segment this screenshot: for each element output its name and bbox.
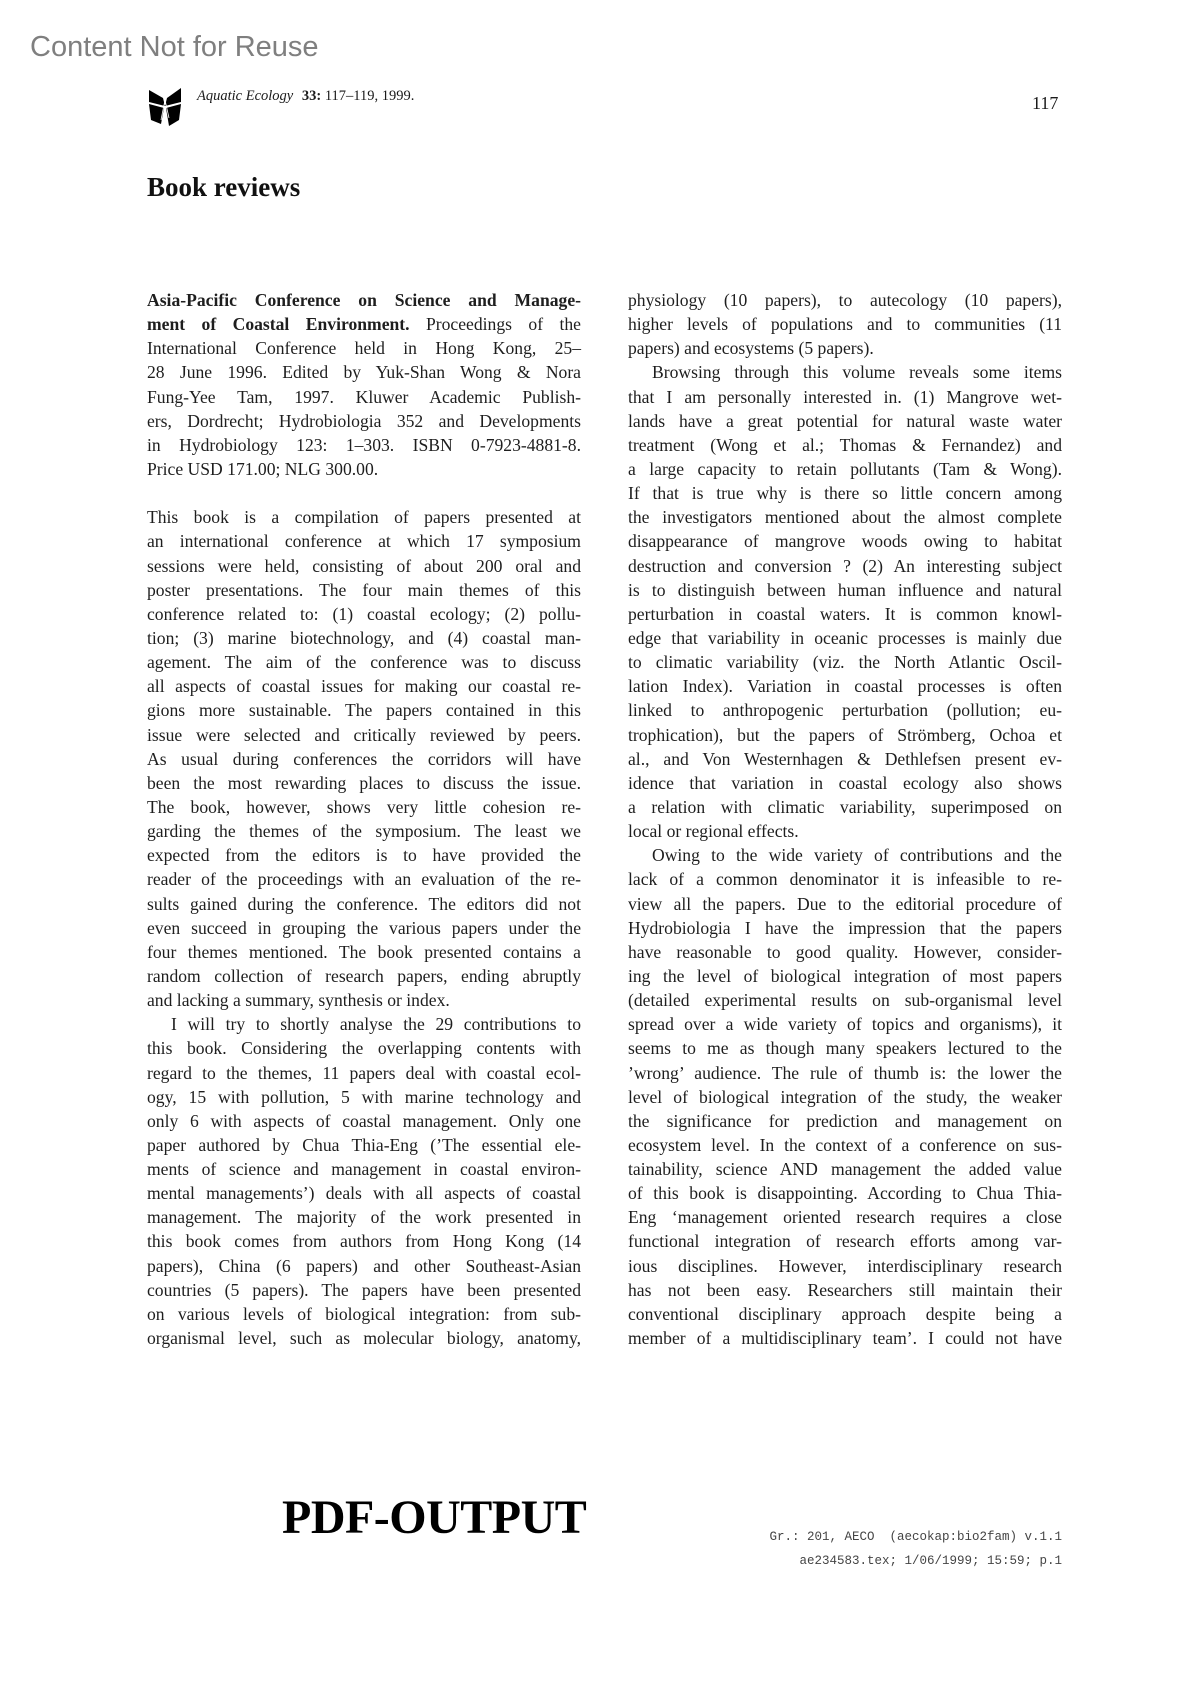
text-line: physiology (10 papers), to autecology (1… [628, 288, 1062, 312]
text-line: has not been easy. Researchers still mai… [628, 1278, 1062, 1302]
text-line: on various levels of biological integrat… [147, 1302, 581, 1326]
text-line: lands have a great potential for natural… [628, 409, 1062, 433]
line-text: Hydrobiologia I have the impression that… [628, 918, 1062, 938]
text-line: garding the themes of the symposium. The… [147, 819, 581, 843]
line-text: ing the level of biological integration … [628, 966, 1062, 986]
text-line: to climatic variability (viz. the North … [628, 650, 1062, 674]
line-text: on various levels of biological integrat… [147, 1304, 581, 1324]
line-text: a large capacity to retain pollutants (T… [628, 459, 1062, 479]
text-line: treatment (Wong et al.; Thomas & Fernand… [628, 433, 1062, 457]
page-number: 117 [1032, 93, 1058, 114]
line-text: conference related to: (1) coastal ecolo… [147, 604, 581, 624]
line-text: sessions were held, consisting of about … [147, 556, 581, 576]
line-text: Proceedings of the [410, 314, 581, 334]
text-line: sults gained during the conference. The … [147, 892, 581, 916]
line-text: of this book is disappointing. According… [628, 1183, 1062, 1203]
line-text: ers, Dordrecht; Hydrobiologia 352 and De… [147, 411, 581, 431]
line-text: tion; (3) marine biotechnology, and (4) … [147, 628, 581, 648]
line-text: issue were selected and critically revie… [147, 725, 581, 745]
text-line: edge that variability in oceanic process… [628, 626, 1062, 650]
pdf-output-stamp: PDF-OUTPUT [282, 1490, 586, 1546]
line-text: to climatic variability (viz. the North … [628, 652, 1062, 672]
line-text: idence that variation in coastal ecology… [628, 773, 1062, 793]
text-line: lack of a common denominator it is infea… [628, 867, 1062, 891]
text-line: the significance for prediction and mana… [628, 1109, 1062, 1133]
text-line: issue were selected and critically revie… [147, 723, 581, 747]
line-text: local or regional effects. [628, 821, 799, 841]
line-text: As usual during conferences the corridor… [147, 749, 581, 769]
text-line: al., and Von Westernhagen & Dethlefsen p… [628, 747, 1062, 771]
citation-title: Asia-Pacific Conference on Science and M… [147, 290, 581, 310]
text-line: As usual during conferences the corridor… [147, 747, 581, 771]
text-line: Price USD 171.00; NLG 300.00. [147, 457, 581, 481]
text-line: poster presentations. The four main them… [147, 578, 581, 602]
text-line: spread over a wide variety of topics and… [628, 1012, 1062, 1036]
text-line: higher levels of populations and to comm… [628, 312, 1062, 336]
line-text: an international conference at which 17 … [147, 531, 581, 551]
text-line: papers), China (6 papers) and other Sout… [147, 1254, 581, 1278]
text-line: random collection of research papers, en… [147, 964, 581, 988]
text-line: only 6 with aspects of coastal managemen… [147, 1109, 581, 1133]
text-line: that I am personally interested in. (1) … [628, 385, 1062, 409]
text-line: view all the papers. Due to the editoria… [628, 892, 1062, 916]
line-text: 28 June 1996. Edited by Yuk-Shan Wong & … [147, 362, 581, 382]
line-text: lation Index). Variation in coastal proc… [628, 676, 1062, 696]
text-line: local or regional effects. [628, 819, 1062, 843]
line-text: papers), China (6 papers) and other Sout… [147, 1256, 581, 1276]
text-line: ment of Coastal Environment. Proceedings… [147, 312, 581, 336]
text-line: Fung-Yee Tam, 1997. Kluwer Academic Publ… [147, 385, 581, 409]
text-line: If that is true why is there so little c… [628, 481, 1062, 505]
line-text: this book comes from authors from Hong K… [147, 1231, 581, 1251]
line-text: that I am personally interested in. (1) … [628, 387, 1062, 407]
footer-meta-line-1: Gr.: 201, AECO (aecokap:bio2fam) v.1.1 [769, 1525, 1062, 1549]
line-text: level of biological integration of the s… [628, 1087, 1062, 1107]
left-column: Asia-Pacific Conference on Science and M… [147, 288, 581, 1350]
line-text: four themes mentioned. The book presente… [147, 942, 581, 962]
text-line: trophication), but the papers of Strömbe… [628, 723, 1062, 747]
text-line: have reasonable to good quality. However… [628, 940, 1062, 964]
line-text: management. The majority of the work pre… [147, 1207, 581, 1227]
line-text: ’wrong’ audience. The rule of thumb is: … [628, 1063, 1062, 1083]
line-text: spread over a wide variety of topics and… [628, 1014, 1062, 1034]
watermark: Content Not for Reuse [30, 30, 319, 64]
text-line: ’wrong’ audience. The rule of thumb is: … [628, 1061, 1062, 1085]
line-text: Eng ‘management oriented research requir… [628, 1207, 1062, 1227]
line-text: linked to anthropogenic perturbation (po… [628, 700, 1062, 720]
text-line: countries (5 papers). The papers have be… [147, 1278, 581, 1302]
line-text: disappearance of mangrove woods owing to… [628, 531, 1062, 551]
text-line: organismal level, such as molecular biol… [147, 1326, 581, 1350]
footer-meta: Gr.: 201, AECO (aecokap:bio2fam) v.1.1ae… [769, 1525, 1062, 1573]
text-line: this book. Considering the overlapping c… [147, 1036, 581, 1060]
line-text: (detailed experimental results on sub-or… [628, 990, 1062, 1010]
text-line: ments of science and management in coast… [147, 1157, 581, 1181]
line-text: gions more sustainable. The papers conta… [147, 700, 581, 720]
line-text: destruction and conversion ? (2) An inte… [628, 556, 1062, 576]
line-text: Owing to the wide variety of contributio… [652, 845, 1062, 865]
line-text: paper authored by Chua Thia-Eng (’The es… [147, 1135, 581, 1155]
text-line: papers) and ecosystems (5 papers). [628, 336, 1062, 360]
line-text: mental managements’) deals with all aspe… [147, 1183, 581, 1203]
text-line: and lacking a summary, synthesis or inde… [147, 988, 581, 1012]
text-line: a large capacity to retain pollutants (T… [628, 457, 1062, 481]
text-line: 28 June 1996. Edited by Yuk-Shan Wong & … [147, 360, 581, 384]
line-text: This book is a compilation of papers pre… [147, 507, 581, 527]
line-text: trophication), but the papers of Strömbe… [628, 725, 1062, 745]
journal-citation: Aquatic Ecology 33: 117–119, 1999. [197, 88, 414, 105]
line-text: tainability, science AND management the … [628, 1159, 1062, 1179]
line-text: and lacking a summary, synthesis or inde… [147, 990, 450, 1010]
line-text: al., and Von Westernhagen & Dethlefsen p… [628, 749, 1062, 769]
journal-volume: 33: [302, 88, 321, 104]
journal-pages-year: 117–119, 1999. [325, 88, 415, 104]
line-text: regard to the themes, 11 papers deal wit… [147, 1063, 581, 1083]
text-line: ers, Dordrecht; Hydrobiologia 352 and De… [147, 409, 581, 433]
line-text: ments of science and management in coast… [147, 1159, 581, 1179]
text-line: sessions were held, consisting of about … [147, 554, 581, 578]
line-text: edge that variability in oceanic process… [628, 628, 1062, 648]
line-text: reader of the proceedings with an evalua… [147, 869, 581, 889]
text-line: an international conference at which 17 … [147, 529, 581, 553]
text-line: Browsing through this volume reveals som… [628, 360, 1062, 384]
line-text: lands have a great potential for natural… [628, 411, 1062, 431]
text-line: expected from the editors is to have pro… [147, 843, 581, 867]
text-line: in Hydrobiology 123: 1–303. ISBN 0-7923-… [147, 433, 581, 457]
text-line: all aspects of coastal issues for making… [147, 674, 581, 698]
line-text: have reasonable to good quality. However… [628, 942, 1062, 962]
line-text: poster presentations. The four main them… [147, 580, 581, 600]
text-line: tion; (3) marine biotechnology, and (4) … [147, 626, 581, 650]
citation-title: ment of Coastal Environment. [147, 314, 410, 334]
text-line: linked to anthropogenic perturbation (po… [628, 698, 1062, 722]
line-text: the significance for prediction and mana… [628, 1111, 1062, 1131]
line-text: sults gained during the conference. The … [147, 894, 581, 914]
line-text: view all the papers. Due to the editoria… [628, 894, 1062, 914]
line-text: Fung-Yee Tam, 1997. Kluwer Academic Publ… [147, 387, 581, 407]
text-line: been the most rewarding places to discus… [147, 771, 581, 795]
text-line: functional integration of research effor… [628, 1229, 1062, 1253]
text-line: tainability, science AND management the … [628, 1157, 1062, 1181]
text-line: International Conference held in Hong Ko… [147, 336, 581, 360]
text-line: the investigators mentioned about the al… [628, 505, 1062, 529]
text-line: perturbation in coastal waters. It is co… [628, 602, 1062, 626]
line-text: only 6 with aspects of coastal managemen… [147, 1111, 581, 1131]
text-line: (detailed experimental results on sub-or… [628, 988, 1062, 1012]
line-text: expected from the editors is to have pro… [147, 845, 581, 865]
line-text: has not been easy. Researchers still mai… [628, 1280, 1062, 1300]
text-line: This book is a compilation of papers pre… [147, 505, 581, 529]
text-line: ing the level of biological integration … [628, 964, 1062, 988]
line-text: random collection of research papers, en… [147, 966, 581, 986]
line-text: conventional disciplinary approach despi… [628, 1304, 1062, 1324]
line-text: in Hydrobiology 123: 1–303. ISBN 0-7923-… [147, 435, 581, 455]
text-line: Owing to the wide variety of contributio… [628, 843, 1062, 867]
line-text: physiology (10 papers), to autecology (1… [628, 290, 1062, 310]
line-text: a relation with climatic variability, su… [628, 797, 1062, 817]
line-text: member of a multidisciplinary team’. I c… [628, 1328, 1062, 1348]
line-text: Browsing through this volume reveals som… [652, 362, 1062, 382]
line-text: ogy, 15 with pollution, 5 with marine te… [147, 1087, 581, 1107]
line-text: this book. Considering the overlapping c… [147, 1038, 581, 1058]
line-text: been the most rewarding places to discus… [147, 773, 581, 793]
text-line: level of biological integration of the s… [628, 1085, 1062, 1109]
journal-name: Aquatic Ecology [197, 88, 293, 104]
line-text: ecosystem level. In the context of a con… [628, 1135, 1062, 1155]
text-line: gions more sustainable. The papers conta… [147, 698, 581, 722]
line-text: papers) and ecosystems (5 papers). [628, 338, 874, 358]
text-line: of this book is disappointing. According… [628, 1181, 1062, 1205]
text-line: Hydrobiologia I have the impression that… [628, 916, 1062, 940]
footer-meta-line-2: ae234583.tex; 1/06/1999; 15:59; p.1 [769, 1549, 1062, 1573]
publisher-logo-icon [147, 86, 183, 126]
line-text: perturbation in coastal waters. It is co… [628, 604, 1062, 624]
text-line: four themes mentioned. The book presente… [147, 940, 581, 964]
text-line: agement. The aim of the conference was t… [147, 650, 581, 674]
line-text: seems to me as though many speakers lect… [628, 1038, 1062, 1058]
text-line: Eng ‘management oriented research requir… [628, 1205, 1062, 1229]
text-line: member of a multidisciplinary team’. I c… [628, 1326, 1062, 1350]
text-line: a relation with climatic variability, su… [628, 795, 1062, 819]
text-line: The book, however, shows very little coh… [147, 795, 581, 819]
line-text: is to distinguish between human influenc… [628, 580, 1062, 600]
line-text: treatment (Wong et al.; Thomas & Fernand… [628, 435, 1062, 455]
text-line: I will try to shortly analyse the 29 con… [147, 1012, 581, 1036]
text-line: regard to the themes, 11 papers deal wit… [147, 1061, 581, 1085]
right-column: physiology (10 papers), to autecology (1… [628, 288, 1062, 1350]
text-line: even succeed in grouping the various pap… [147, 916, 581, 940]
line-text: lack of a common denominator it is infea… [628, 869, 1062, 889]
section-title: Book reviews [147, 170, 300, 204]
line-text: agement. The aim of the conference was t… [147, 652, 581, 672]
text-line: reader of the proceedings with an evalua… [147, 867, 581, 891]
line-text: countries (5 papers). The papers have be… [147, 1280, 581, 1300]
text-line: management. The majority of the work pre… [147, 1205, 581, 1229]
line-text: all aspects of coastal issues for making… [147, 676, 581, 696]
line-text: the investigators mentioned about the al… [628, 507, 1062, 527]
line-text: If that is true why is there so little c… [628, 483, 1062, 503]
line-text: functional integration of research effor… [628, 1231, 1062, 1251]
text-line: this book comes from authors from Hong K… [147, 1229, 581, 1253]
text-line: Asia-Pacific Conference on Science and M… [147, 288, 581, 312]
text-line: conventional disciplinary approach despi… [628, 1302, 1062, 1326]
line-text: Price USD 171.00; NLG 300.00. [147, 459, 378, 479]
line-text: ious disciplines. However, interdiscipli… [628, 1256, 1062, 1276]
text-line [147, 481, 581, 505]
running-head: Aquatic Ecology 33: 117–119, 1999. [147, 86, 414, 126]
line-text: even succeed in grouping the various pap… [147, 918, 581, 938]
text-line: mental managements’) deals with all aspe… [147, 1181, 581, 1205]
line-text: International Conference held in Hong Ko… [147, 338, 581, 358]
line-text: The book, however, shows very little coh… [147, 797, 581, 817]
text-line: ecosystem level. In the context of a con… [628, 1133, 1062, 1157]
text-line: idence that variation in coastal ecology… [628, 771, 1062, 795]
line-text: I will try to shortly analyse the 29 con… [171, 1014, 581, 1034]
text-line: is to distinguish between human influenc… [628, 578, 1062, 602]
text-line: ious disciplines. However, interdiscipli… [628, 1254, 1062, 1278]
text-line: seems to me as though many speakers lect… [628, 1036, 1062, 1060]
text-line: disappearance of mangrove woods owing to… [628, 529, 1062, 553]
text-line: paper authored by Chua Thia-Eng (’The es… [147, 1133, 581, 1157]
text-line: conference related to: (1) coastal ecolo… [147, 602, 581, 626]
text-line: ogy, 15 with pollution, 5 with marine te… [147, 1085, 581, 1109]
text-line: lation Index). Variation in coastal proc… [628, 674, 1062, 698]
line-text: higher levels of populations and to comm… [628, 314, 1062, 334]
line-text: organismal level, such as molecular biol… [147, 1328, 581, 1348]
line-text: garding the themes of the symposium. The… [147, 821, 581, 841]
text-line: destruction and conversion ? (2) An inte… [628, 554, 1062, 578]
